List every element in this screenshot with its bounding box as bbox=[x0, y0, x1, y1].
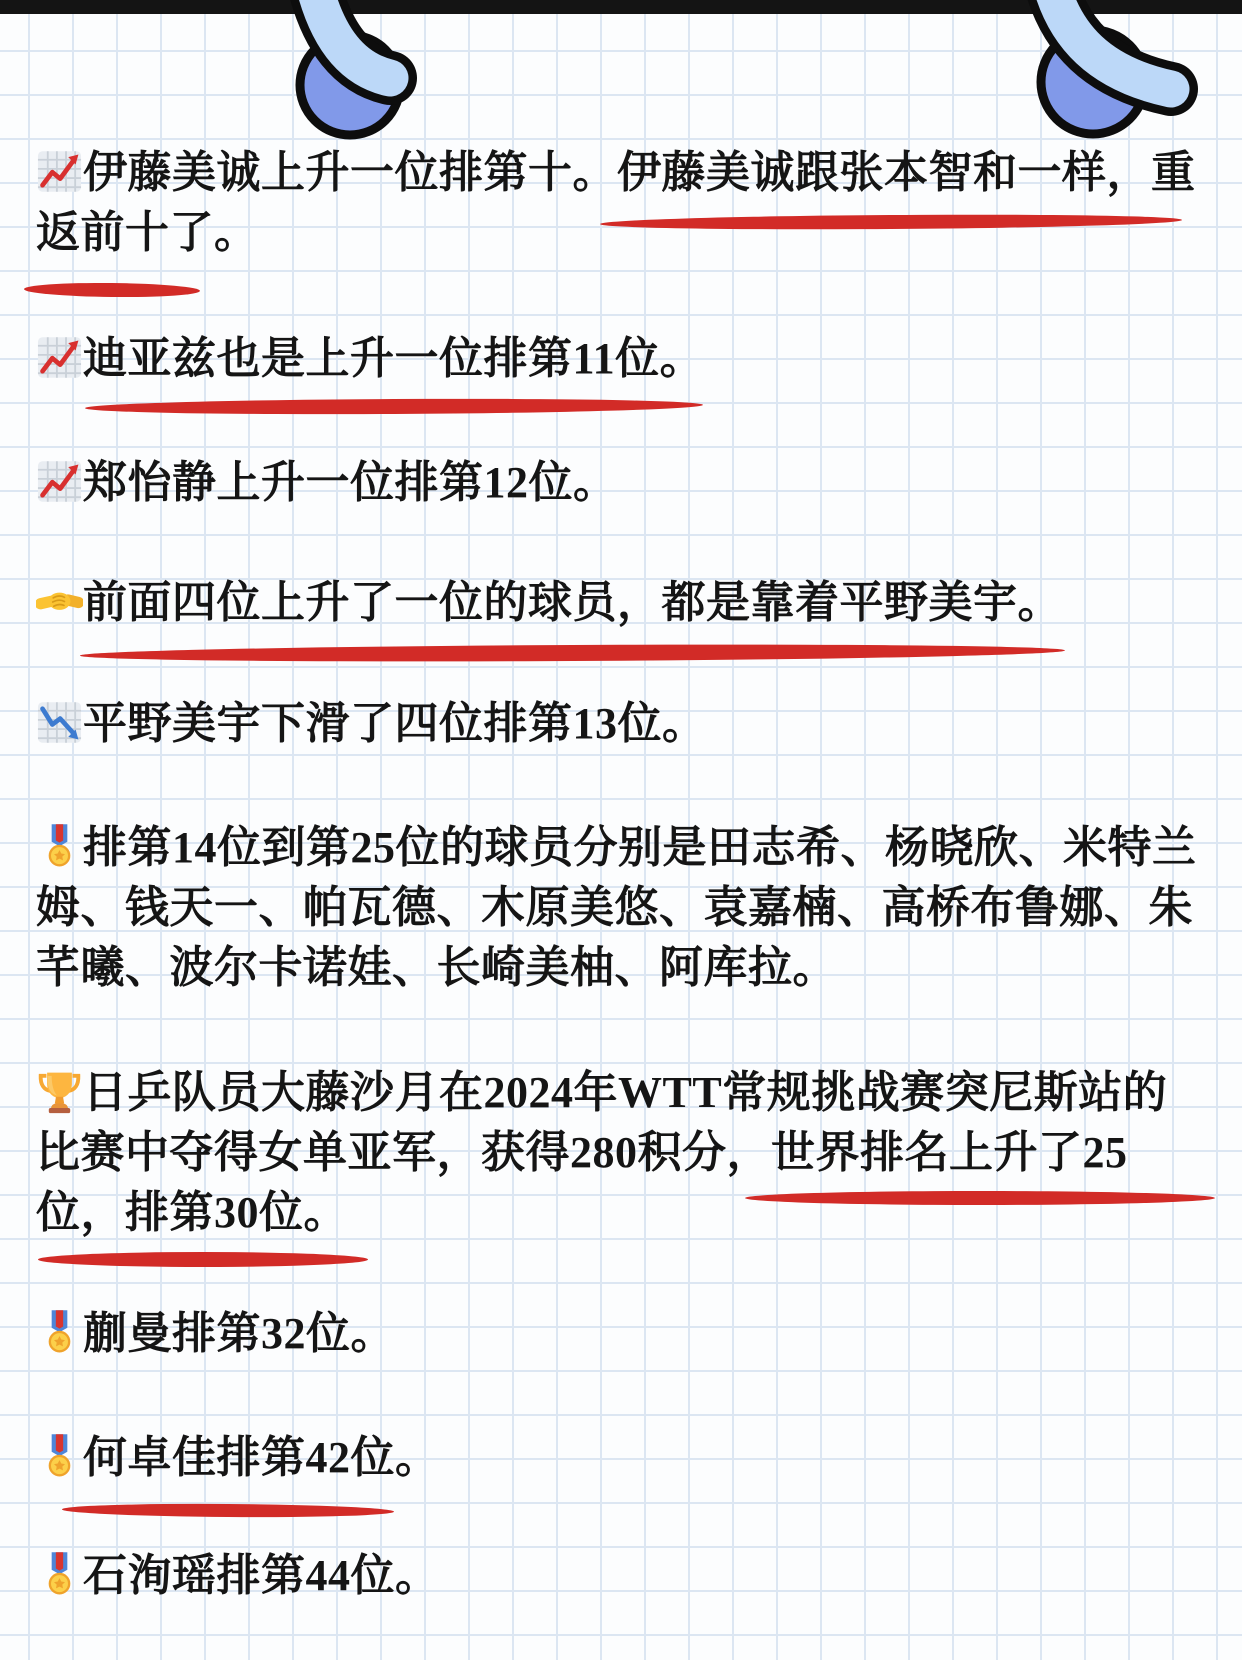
text-line: 石洵瑶排第44位。 bbox=[36, 1546, 440, 1606]
paragraph-text: 石洵瑶排第44位。 bbox=[83, 1551, 440, 1600]
red-underline bbox=[85, 397, 703, 415]
text-line: 返前十了。 bbox=[36, 203, 1196, 263]
text-line: 何卓佳排第42位。 bbox=[36, 1428, 440, 1488]
paragraph-text: 日乒队员大藤沙月在2024年WTT常规挑战赛突尼斯站的 bbox=[83, 1068, 1167, 1117]
paragraph-thanks-hirano: 前面四位上升了一位的球员，都是靠着平野美宇。 bbox=[36, 573, 1062, 633]
red-underline bbox=[62, 1503, 394, 1518]
paragraph-shi-xunyao: 石洵瑶排第44位。 bbox=[36, 1546, 440, 1606]
paragraph-text: 蒯曼排第32位。 bbox=[83, 1309, 395, 1358]
paragraph-ito-mima: 伊藤美诚上升一位排第十。伊藤美诚跟张本智和一样，重 返前十了。 bbox=[36, 143, 1196, 263]
paragraph-text: 排第14位到第25位的球员分别是田志希、杨晓欣、米特兰 bbox=[83, 823, 1197, 872]
binder-ring-left-icon bbox=[268, 0, 438, 152]
trophy-icon bbox=[36, 1068, 83, 1115]
text-line: 比赛中夺得女单亚军，获得280积分，世界排名上升了25 bbox=[36, 1123, 1167, 1183]
military-medal-icon bbox=[36, 823, 83, 870]
text-line: 芊曦、波尔卡诺娃、长崎美柚、阿库拉。 bbox=[36, 938, 1197, 998]
text-line: 排第14位到第25位的球员分别是田志希、杨晓欣、米特兰 bbox=[36, 818, 1197, 878]
text-line: 前面四位上升了一位的球员，都是靠着平野美宇。 bbox=[36, 573, 1062, 633]
text-line: 平野美宇下滑了四位排第13位。 bbox=[36, 694, 707, 754]
red-underline bbox=[80, 642, 1065, 663]
paragraph-text: 伊藤美诚上升一位排第十。伊藤美诚跟张本智和一样，重 bbox=[83, 148, 1196, 197]
paragraph-oto-satsuki: 日乒队员大藤沙月在2024年WTT常规挑战赛突尼斯站的 比赛中夺得女单亚军，获得… bbox=[36, 1063, 1167, 1243]
note-page: 伊藤美诚上升一位排第十。伊藤美诚跟张本智和一样，重 返前十了。 迪亚兹也是上升一… bbox=[0, 0, 1242, 1660]
military-medal-icon bbox=[36, 1309, 83, 1356]
binder-ring-right-icon bbox=[985, 0, 1220, 157]
text-line: 姆、钱天一、帕瓦德、木原美悠、袁嘉楠、高桥布鲁娜、朱 bbox=[36, 878, 1197, 938]
text-line: 郑怡静上升一位排第12位。 bbox=[36, 453, 618, 513]
paragraph-kuai-man: 蒯曼排第32位。 bbox=[36, 1304, 395, 1364]
red-underline bbox=[38, 1252, 368, 1267]
text-line: 伊藤美诚上升一位排第十。伊藤美诚跟张本智和一样，重 bbox=[36, 143, 1196, 203]
paragraph-text: 平野美宇下滑了四位排第13位。 bbox=[83, 699, 707, 748]
text-line: 迪亚兹也是上升一位排第11位。 bbox=[36, 329, 704, 389]
paragraph-text: 前面四位上升了一位的球员，都是靠着平野美宇。 bbox=[83, 578, 1062, 627]
text-line: 位，排第30位。 bbox=[36, 1183, 1167, 1243]
paragraph-text: 何卓佳排第42位。 bbox=[83, 1433, 440, 1482]
military-medal-icon bbox=[36, 1433, 83, 1480]
paragraph-rank-14-25: 排第14位到第25位的球员分别是田志希、杨晓欣、米特兰 姆、钱天一、帕瓦德、木原… bbox=[36, 818, 1197, 998]
handshake-icon bbox=[36, 578, 83, 625]
paragraph-text: 郑怡静上升一位排第12位。 bbox=[83, 458, 618, 507]
chart-increasing-icon bbox=[36, 148, 83, 195]
military-medal-icon bbox=[36, 1551, 83, 1598]
paragraph-hirano-miu: 平野美宇下滑了四位排第13位。 bbox=[36, 694, 707, 754]
paragraph-text: 迪亚兹也是上升一位排第11位。 bbox=[83, 334, 704, 383]
red-underline bbox=[24, 282, 200, 298]
text-line: 日乒队员大藤沙月在2024年WTT常规挑战赛突尼斯站的 bbox=[36, 1063, 1167, 1123]
chart-decreasing-icon bbox=[36, 699, 83, 746]
chart-increasing-icon bbox=[36, 458, 83, 505]
chart-increasing-icon bbox=[36, 334, 83, 381]
paragraph-he-zhuojia: 何卓佳排第42位。 bbox=[36, 1428, 440, 1488]
paragraph-cheng-i-ching: 郑怡静上升一位排第12位。 bbox=[36, 453, 618, 513]
paragraph-diaz: 迪亚兹也是上升一位排第11位。 bbox=[36, 329, 704, 389]
text-line: 蒯曼排第32位。 bbox=[36, 1304, 395, 1364]
